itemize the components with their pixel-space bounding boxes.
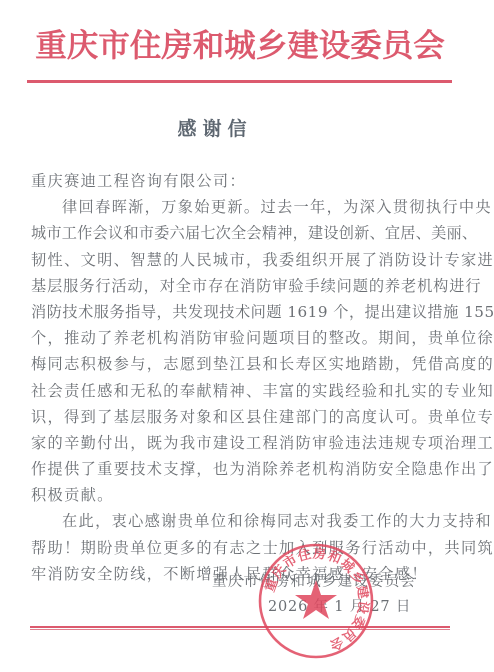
- paragraph-line: 家的辛勤付出，既为我市建设工程消防审验违法违规专项治理工: [31, 430, 451, 456]
- letterhead-divider: [27, 80, 452, 83]
- paragraph-line: 律回春晖渐，万象始更新。过去一年，为深入贯彻执行中央: [31, 194, 451, 220]
- paragraph-line: 韧性、文明、智慧的人民城市，我委组织开展了消防设计专家进: [31, 247, 451, 273]
- footer-divider-thin: [30, 629, 450, 630]
- paragraph-line: 识，得到了基层服务对象和区县住建部门的高度认可。贵单位专: [31, 404, 451, 430]
- paragraph-line: 作提供了重要技术支撑，也为消除养老机构消防安全隐患作出了: [31, 456, 451, 482]
- letter-body: 重庆赛迪工程咨询有限公司： 律回春晖渐，万象始更新。过去一年，为深入贯彻执行中央…: [31, 168, 451, 587]
- paragraph-line: 社会责任感和无私的奉献精神、丰富的实践经验和扎实的专业知: [31, 378, 451, 404]
- paragraph-line: 梅同志积极参与，志愿到垫江县和长寿区实地踏勘，凭借高度的: [31, 351, 451, 377]
- salutation: 重庆赛迪工程咨询有限公司：: [31, 168, 451, 194]
- paragraph-line: 个，推动了养老机构消防审验问题项目的整改。期间，贵单位徐: [31, 325, 451, 351]
- footer-divider: [30, 626, 450, 628]
- paragraph-line: 基层服务行活动，对全市存在消防审验手续问题的养老机构进行: [31, 273, 451, 299]
- letterhead-organization: 重庆市住房和城乡建设委员会: [28, 22, 452, 70]
- signature-date: 2026 年 1 月 27 日: [268, 596, 411, 618]
- paragraph-line: 在此，衷心感谢贵单位和徐梅同志对我委工作的大力支持和: [31, 508, 451, 534]
- paragraph-line: 消防技术服务指导，共发现技术问题 1619 个，提出建议措施 1555: [31, 299, 451, 325]
- paragraph-line: 城市工作会议和市委六届七次全会精神，建设创新、宜居、美丽、: [31, 220, 451, 246]
- signature-organization: 重庆市住房和城乡建设委员会: [212, 571, 416, 593]
- paragraph-line: 帮助！期盼贵单位更多的有志之士加入到服务行活动中，共同筑: [31, 535, 451, 561]
- paragraph-line: 积极贡献。: [31, 482, 451, 508]
- document-title: 感谢信: [0, 114, 430, 144]
